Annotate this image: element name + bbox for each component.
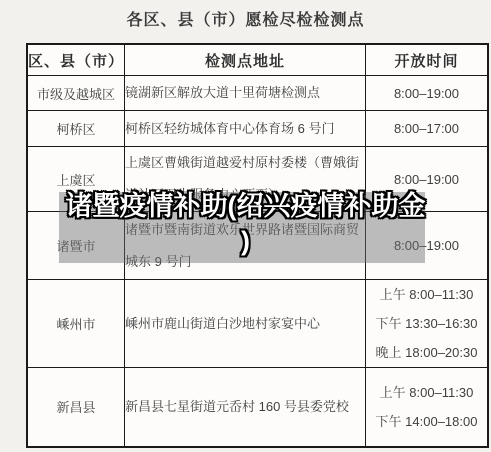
- watermark-text: 诸暨疫情补助(绍兴疫情补助金 ): [0, 189, 491, 259]
- hours-cell: 上午 8:00–11:30 下午 14:00–18:00: [366, 368, 489, 447]
- address-cell: 嵊州市鹿山街道白沙地村家宴中心: [125, 280, 366, 368]
- district-cell: 嵊州市: [27, 280, 125, 368]
- screenshot-root: 各区、县（市）愿检尽检检测点 区、县（市） 检测点地址 开放时间 市级及越城区 …: [0, 0, 491, 452]
- page-title: 各区、县（市）愿检尽检检测点: [0, 7, 491, 30]
- hours-line: 下午 13:30–16:30: [366, 309, 487, 338]
- district-cell: 柯桥区: [27, 111, 125, 147]
- hours-line: 上午 8:00–11:30: [366, 280, 487, 309]
- header-address: 检测点地址: [125, 44, 366, 76]
- table-header-row: 区、县（市） 检测点地址 开放时间: [27, 44, 488, 76]
- hours-cell: 上午 8:00–11:30 下午 13:30–16:30 晚上 18:00–20…: [366, 280, 489, 368]
- hours-line: 晚上 18:00–20:30: [366, 338, 487, 367]
- district-cell: 市级及越城区: [27, 76, 125, 111]
- address-cell: 新昌县七星街道元岙村 160 号县委党校: [125, 368, 366, 447]
- hours-line: 上午 8:00–11:30: [366, 378, 487, 407]
- watermark-line2: ): [0, 224, 491, 259]
- district-cell: 新昌县: [27, 368, 125, 447]
- hours-cell: 8:00–19:00: [366, 76, 489, 111]
- hours-line: 8:00–17:00: [366, 114, 487, 143]
- hours-line: 下午 14:00–18:00: [366, 407, 487, 436]
- watermark-line1: 诸暨疫情补助(绍兴疫情补助金: [0, 189, 491, 224]
- table-row: 嵊州市 嵊州市鹿山街道白沙地村家宴中心 上午 8:00–11:30 下午 13:…: [27, 280, 488, 368]
- table-row: 柯桥区 柯桥区轻纺城体育中心体育场 6 号门 8:00–17:00: [27, 111, 488, 147]
- address-cell: 柯桥区轻纺城体育中心体育场 6 号门: [125, 111, 366, 147]
- hours-line: 8:00–19:00: [366, 79, 487, 108]
- address-cell: 镜湖新区解放大道十里荷塘检测点: [125, 76, 366, 111]
- header-hours: 开放时间: [366, 44, 489, 76]
- table-row: 市级及越城区 镜湖新区解放大道十里荷塘检测点 8:00–19:00: [27, 76, 488, 111]
- hours-cell: 8:00–17:00: [366, 111, 489, 147]
- header-district: 区、县（市）: [27, 44, 125, 76]
- table-row: 新昌县 新昌县七星街道元岙村 160 号县委党校 上午 8:00–11:30 下…: [27, 368, 488, 447]
